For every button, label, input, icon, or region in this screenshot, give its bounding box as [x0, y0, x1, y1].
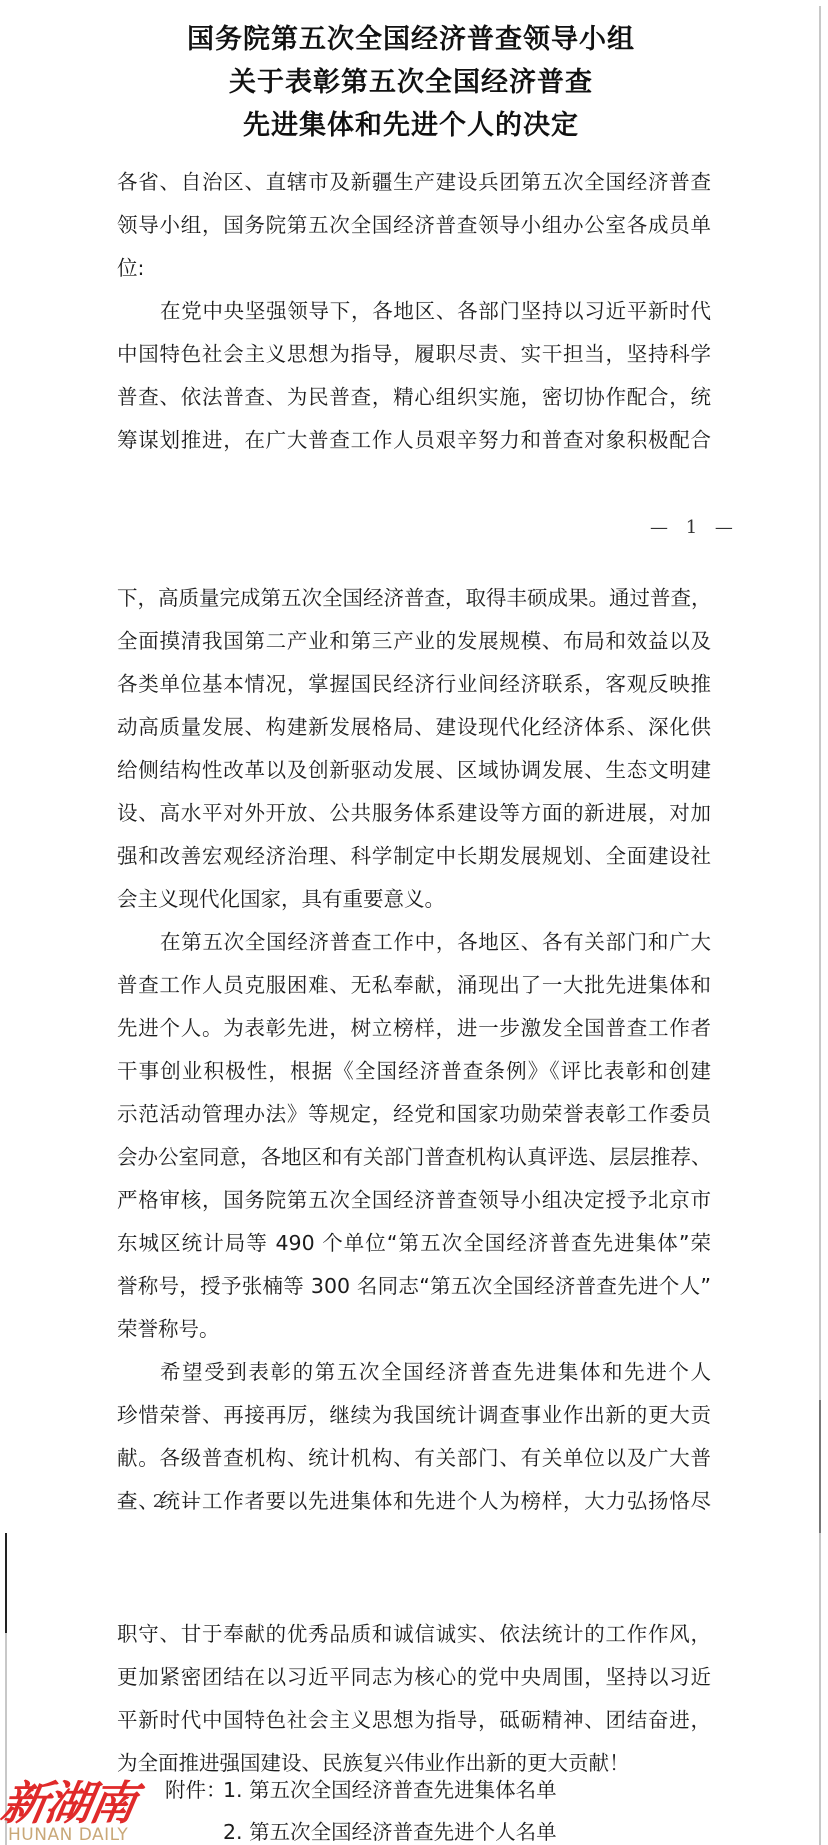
logo-cn-text: 新湖南	[0, 1778, 138, 1828]
body-text-line: 平新时代中国特色社会主义思想为指导，砥砺精神、团结奋进，	[117, 1706, 711, 1734]
body-text-line: 在第五次全国经济普查工作中，各地区、各有关部门和广大	[160, 928, 711, 956]
scan-border-left	[5, 1533, 7, 1633]
logo-en-text: HUNAN DAILY	[8, 1825, 128, 1845]
body-text-line: 强和改善宏观经济治理、科学制定中长期发展规划、全面建设社	[117, 842, 711, 870]
title-line-1: 国务院第五次全国经济普查领导小组	[0, 18, 828, 61]
body-text-line: 位:	[117, 254, 711, 282]
body-text-line: 荣誉称号。	[117, 1315, 711, 1343]
body-text-line: 希望受到表彰的第五次全国经济普查先进集体和先进个人	[160, 1358, 711, 1386]
body-text-line: 下，高质量完成第五次全国经济普查，取得丰硕成果。通过普查，	[117, 584, 711, 612]
body-text-line: 示范活动管理办法》等规定，经党和国家功勋荣誉表彰工作委员	[117, 1100, 711, 1128]
scan-border-right-dark	[819, 1400, 821, 1533]
hunan-daily-logo: 新湖南 HUNAN DAILY	[2, 1778, 172, 1845]
attachment-item-2: 2. 第五次全国经济普查先进个人名单	[223, 1818, 557, 1845]
body-text-line: 献。各级普查机构、统计机构、有关部门、有关单位以及广大普	[117, 1444, 711, 1472]
body-text-line: 各类单位基本情况，掌握国民经济行业间经济联系，客观反映推	[117, 670, 711, 698]
title-line-2: 关于表彰第五次全国经济普查	[0, 61, 828, 104]
body-text-line: 动高质量发展、构建新发展格局、建设现代化经济体系、深化供	[117, 713, 711, 741]
body-text-line: 全面摸清我国第二产业和第三产业的发展规模、布局和效益以及	[117, 627, 711, 655]
document-scan: 国务院第五次全国经济普查领导小组 关于表彰第五次全国经济普查 先进集体和先进个人…	[0, 0, 828, 1845]
body-text-line: 中国特色社会主义思想为指导，履职尽责、实干担当，坚持科学	[117, 340, 711, 368]
body-text-line: 严格审核，国务院第五次全国经济普查领导小组决定授予北京市	[117, 1186, 711, 1214]
body-text-line: 珍惜荣誉、再接再厉，继续为我国统计调查事业作出新的更大贡	[117, 1401, 711, 1429]
body-text-line: 东城区统计局等 490 个单位“第五次全国经济普查先进集体”荣	[117, 1229, 711, 1257]
body-text-line: 查、统计工作者要以先进集体和先进个人为榜样，大力弘扬恪尽	[117, 1487, 711, 1515]
body-text-line: 在党中央坚强领导下，各地区、各部门坚持以习近平新时代	[160, 297, 711, 325]
body-text-line: 筹谋划推进，在广大普查工作人员艰辛努力和普查对象积极配合	[117, 426, 711, 454]
attachments-label: 附件：	[165, 1776, 227, 1804]
body-text-line: 各省、自治区、直辖市及新疆生产建设兵团第五次全国经济普查	[117, 168, 711, 196]
body-text-line: 给侧结构性改革以及创新驱动发展、区域协调发展、生态文明建	[117, 756, 711, 784]
body-text-line: 设、高水平对外开放、公共服务体系建设等方面的新进展，对加	[117, 799, 711, 827]
page-number-1: — 1 —	[650, 517, 739, 538]
document-title: 国务院第五次全国经济普查领导小组 关于表彰第五次全国经济普查 先进集体和先进个人…	[0, 18, 828, 147]
body-text-line: 为全面推进强国建设、民族复兴伟业作出新的更大贡献！	[117, 1749, 711, 1777]
body-text-line: 先进个人。为表彰先进，树立榜样，进一步激发全国普查工作者	[117, 1014, 711, 1042]
attachment-item-1: 1. 第五次全国经济普查先进集体名单	[223, 1776, 557, 1804]
body-text-line: 普查、依法普查、为民普查，精心组织实施，密切协作配合，统	[117, 383, 711, 411]
body-text-line: 誉称号，授予张楠等 300 名同志“第五次全国经济普查先进个人”	[117, 1272, 711, 1300]
body-text-line: 会办公室同意，各地区和有关部门普查机构认真评选、层层推荐、	[117, 1143, 711, 1171]
body-text-line: 会主义现代化国家，具有重要意义。	[117, 885, 711, 913]
page-number-2: — 2 —	[117, 1491, 206, 1512]
body-text-line: 更加紧密团结在以习近平同志为核心的党中央周围，坚持以习近	[117, 1663, 711, 1691]
body-text-line: 领导小组，国务院第五次全国经济普查领导小组办公室各成员单	[117, 211, 711, 239]
scan-border-right	[819, 6, 821, 1845]
body-text-line: 职守、甘于奉献的优秀品质和诚信诚实、依法统计的工作作风，	[117, 1620, 711, 1648]
title-line-3: 先进集体和先进个人的决定	[0, 104, 828, 147]
body-text-line: 普查工作人员克服困难、无私奉献，涌现出了一大批先进集体和	[117, 971, 711, 999]
body-text-line: 干事创业积极性，根据《全国经济普查条例》《评比表彰和创建	[117, 1057, 711, 1085]
